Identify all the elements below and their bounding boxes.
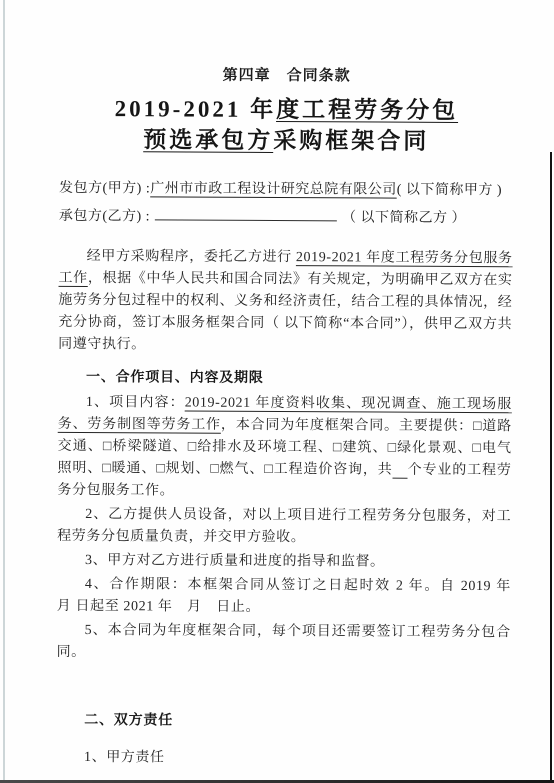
section-1-item-4: 4、合作期限：本框架合同从签订之日起时效 2 年。自 2019 年 月 日起至 …	[57, 574, 511, 620]
party-a-name: 广州市市政工程设计研究总院有限公司	[150, 181, 397, 197]
party-b-label: 承包方(乙方) :	[59, 209, 150, 224]
party-b-row: 承包方(乙方) :（ 以下简称乙方 ）	[59, 203, 513, 233]
contract-title-line-2: 预选承包方采购框架合同	[59, 124, 513, 157]
section-1-heading: 一、合作项目、内容及期限	[58, 367, 512, 391]
parties-block: 发包方(甲方) :广州市市政工程设计研究总院有限公司( 以下简称甲方 ) 承包方…	[59, 175, 513, 233]
intro-seg-1: 经甲方采购程序，委托乙方进行	[87, 249, 296, 265]
title-line2-underlined: 预选承包方	[143, 127, 273, 153]
section-1-item-1: 1、项目内容：2019-2021 年度资料收集、现况调查、施工现场服务、劳务制图…	[57, 392, 512, 504]
intro-paragraph: 经甲方采购程序，委托乙方进行 2019-2021 年度工程劳务分包服务工作，根据…	[58, 246, 513, 358]
intro-seg-3: ，根据《中华人民共和国合同法》有关规定，为明确甲乙双方在实施劳务分包过程中的权利…	[58, 271, 512, 352]
contract-title: 2019-2021 年度工程劳务分包 预选承包方采购框架合同	[59, 93, 513, 157]
item1-count-blank	[393, 463, 408, 479]
section-2-item-1: 1、甲方责任	[56, 747, 510, 771]
section-1-item-3: 3、甲方对乙方进行质量和进度的指导和监督。	[57, 550, 511, 574]
party-b-suffix: （ 以下简称乙方 ）	[342, 210, 466, 226]
party-a-label: 发包方(甲方) :	[59, 181, 150, 196]
party-a-row: 发包方(甲方) :广州市市政工程设计研究总院有限公司( 以下简称甲方 )	[59, 175, 513, 205]
title-line1-pre: 2019-2021 年	[115, 96, 277, 122]
contract-title-line-1: 2019-2021 年度工程劳务分包	[59, 93, 513, 126]
page-content: 第四章 合同条款 2019-2021 年度工程劳务分包 预选承包方采购框架合同 …	[0, 0, 554, 771]
document-page: 第四章 合同条款 2019-2021 年度工程劳务分包 预选承包方采购框架合同 …	[0, 0, 554, 783]
section-2-heading: 二、双方责任	[56, 710, 510, 734]
section-1-item-5: 5、本合同为年度框架合同，每个项目还需要签订工程劳务分包合同。	[57, 620, 511, 666]
title-line1-underlined: 度工程劳务分包	[276, 97, 458, 123]
item1-label: 1、项目内容：	[86, 395, 185, 411]
party-a-suffix: ( 以下简称甲方 )	[397, 183, 502, 199]
chapter-heading: 第四章 合同条款	[60, 63, 514, 86]
title-line2-post: 采购框架合同	[273, 128, 429, 154]
section-1-item-2: 2、乙方提供人员设备，对以上项目进行工程劳务分包服务，对工程劳务分包质量负责，并…	[57, 504, 511, 550]
party-b-blank-line	[155, 205, 337, 221]
